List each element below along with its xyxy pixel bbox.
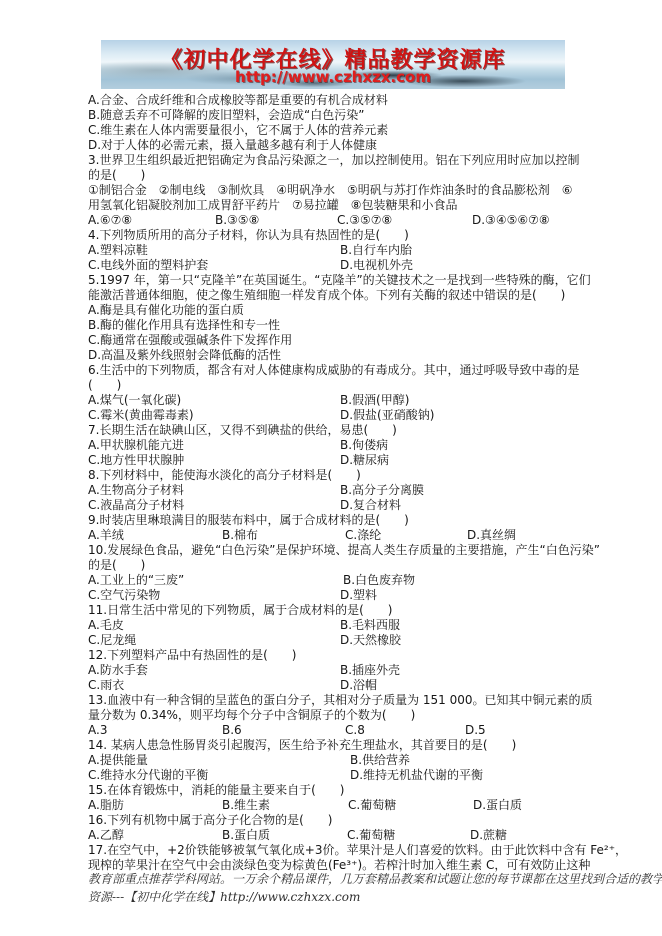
question-text: 的是( ) — [88, 168, 145, 183]
question-text: 8.下列材料中，能使海水淡化的高分子材料是( ) — [88, 468, 361, 483]
option-row: C.雨衣D.浴帽 — [0, 678, 662, 693]
option-text: B.高分子分离膜 — [340, 483, 424, 498]
option-row: A.3B.6C.8D.5 — [0, 723, 662, 738]
option-text: A.甲状腺机能亢进 — [88, 438, 184, 453]
text-line: 16.下列有机物中属于高分子化合物的是( ) — [0, 813, 662, 828]
option-text: B.毛料西服 — [340, 618, 400, 633]
text-line: 15.在体育锻炼中，消耗的能量主要来自于( ) — [0, 783, 662, 798]
option-text: D.假盐(亚硝酸钠) — [340, 408, 434, 423]
option-row: A.防水手套B.插座外壳 — [0, 663, 662, 678]
exam-document-page: 《初中化学在线》精品教学资源库 http://www.czhxzx.com A.… — [0, 0, 662, 936]
option-row: A.⑥⑦⑧B.③⑤⑧C.③⑤⑦⑧D.③④⑤⑥⑦⑧ — [0, 213, 662, 228]
question-text: B.随意丢弃不可降解的废旧塑料，会造成“白色污染” — [88, 108, 364, 123]
option-text: D.复合材料 — [340, 498, 401, 513]
text-line: 的是( ) — [0, 168, 662, 183]
question-text: 13.血液中有一种含铜的呈蓝色的蛋白分子，其相对分子质量为 151 000。已知… — [88, 693, 593, 708]
option-text: A.煤气(一氧化碳) — [88, 393, 181, 408]
option-text: B.③⑤⑧ — [215, 213, 259, 228]
question-text: 15.在体育锻炼中，消耗的能量主要来自于( ) — [88, 783, 344, 798]
option-text: A.脂肪 — [88, 798, 124, 813]
option-row: C.电线外面的塑料护套D.电视机外壳 — [0, 258, 662, 273]
option-text: B.6 — [222, 723, 242, 738]
footer-line: 资源---【初中化学在线】http://www.czhxzx.com — [88, 890, 628, 905]
text-line: C.维生素在人体内需要量很小，它不属于人体的营养元素 — [0, 123, 662, 138]
document-body: A.合金、合成纤维和合成橡胶等都是重要的有机合成材料B.随意丢弃不可降解的废旧塑… — [0, 0, 662, 936]
text-line: 5.1997 年，第一只“克隆羊”在英国诞生。“克隆羊”的关键技术之一是找到一些… — [0, 273, 662, 288]
question-text: A.酶是具有催化功能的蛋白质 — [88, 303, 244, 318]
option-text: C.电线外面的塑料护套 — [88, 258, 208, 273]
option-text: D.维持无机盐代谢的平衡 — [350, 768, 483, 783]
option-text: A.羊绒 — [88, 528, 124, 543]
text-line: 8.下列材料中，能使海水淡化的高分子材料是( ) — [0, 468, 662, 483]
option-text: C.涤纶 — [345, 528, 381, 543]
option-text: B.蛋白质 — [222, 828, 270, 843]
option-text: C.维持水分代谢的平衡 — [88, 768, 208, 783]
option-text: C.③⑤⑦⑧ — [337, 213, 392, 228]
option-row: C.尼龙绳D.天然橡胶 — [0, 633, 662, 648]
footer-line: 教育部重点推荐学科网站。一万余个精品课件，几万套精品教案和试题让您的每节课都在这… — [88, 872, 628, 887]
option-text: A.提供能量 — [88, 753, 148, 768]
option-text: C.尼龙绳 — [88, 633, 136, 648]
question-text: 7.长期生活在缺碘山区，又得不到碘盐的供给，易患( ) — [88, 423, 397, 438]
text-line: 的是( ) — [0, 558, 662, 573]
option-row: A.毛皮B.毛料西服 — [0, 618, 662, 633]
option-text: A.3 — [88, 723, 107, 738]
footer-text: 资源---【初中化学在线】 — [88, 890, 220, 904]
option-text: B.白色废弃物 — [343, 573, 415, 588]
option-row: C.维持水分代谢的平衡D.维持无机盐代谢的平衡 — [0, 768, 662, 783]
option-row: A.煤气(一氧化碳)B.假酒(甲醇) — [0, 393, 662, 408]
option-text: B.插座外壳 — [340, 663, 400, 678]
option-row: A.羊绒B.棉布C.涤纶D.真丝绸 — [0, 528, 662, 543]
footer-url[interactable]: http://www.czhxzx.com — [220, 890, 360, 904]
option-text: D.电视机外壳 — [340, 258, 413, 273]
option-row: A.塑料凉鞋B.自行车内胎 — [0, 243, 662, 258]
question-text: 5.1997 年，第一只“克隆羊”在英国诞生。“克隆羊”的关键技术之一是找到一些… — [88, 273, 591, 288]
option-text: C.霉米(黄曲霉毒素) — [88, 408, 194, 423]
question-text: 现榨的苹果汁在空气中会由淡绿色变为棕黄色(Fe³⁺)。若榨汁时加入维生素 C，可… — [88, 858, 590, 873]
question-text: C.维生素在人体内需要量很小，它不属于人体的营养元素 — [88, 123, 388, 138]
question-text: 17.在空气中，+2价铁能够被氧气氧化成+3价。苹果汁是人们喜爱的饮料。由于此饮… — [88, 843, 627, 858]
text-line: 17.在空气中，+2价铁能够被氧气氧化成+3价。苹果汁是人们喜爱的饮料。由于此饮… — [0, 843, 662, 858]
option-text: D.天然橡胶 — [340, 633, 401, 648]
option-text: C.空气污染物 — [88, 588, 160, 603]
option-text: D.真丝绸 — [467, 528, 516, 543]
text-line: ①制铝合金 ②制电线 ③制炊具 ④明矾净水 ⑤明矾与苏打作炸油条时的食品膨松剂 … — [0, 183, 662, 198]
question-text: 14. 某病人患急性肠胃炎引起腹泻，医生给予补充生理盐水，其首要目的是( ) — [88, 738, 516, 753]
text-line: 9.时装店里琳琅满目的服装布料中，属于合成材料的是( ) — [0, 513, 662, 528]
option-text: C.雨衣 — [88, 678, 124, 693]
option-text: B.自行车内胎 — [340, 243, 412, 258]
option-text: A.乙醇 — [88, 828, 124, 843]
option-text: B.维生素 — [222, 798, 270, 813]
question-text: 4.下列物质所用的高分子材料，你认为具有热固性的是( ) — [88, 228, 409, 243]
text-line: 11.日常生活中常见的下列物质，属于合成材料的是( ) — [0, 603, 662, 618]
question-text: C.酶通常在强酸或强碱条件下发挥作用 — [88, 333, 292, 348]
option-row: C.霉米(黄曲霉毒素)D.假盐(亚硝酸钠) — [0, 408, 662, 423]
option-text: A.⑥⑦⑧ — [88, 213, 132, 228]
option-row: A.甲状腺机能亢进B.佝偻病 — [0, 438, 662, 453]
option-text: B.供给营养 — [350, 753, 410, 768]
question-text: 10.发展绿色食品，避免“白色污染”是保护环境、提高人类生存质量的主要措施，产生… — [88, 543, 600, 558]
option-text: C.8 — [345, 723, 365, 738]
option-row: C.地方性甲状腺肿D.糖尿病 — [0, 453, 662, 468]
text-line: 能激活普通体细胞，使之像生殖细胞一样发育成个体。下列有关酶的叙述中错误的是( ) — [0, 288, 662, 303]
question-text: B.酶的催化作用具有选择性和专一性 — [88, 318, 280, 333]
text-line: ( ) — [0, 378, 662, 393]
option-text: B.棉布 — [222, 528, 258, 543]
question-text: 的是( ) — [88, 558, 145, 573]
question-text: D.对于人体的必需元素，摄入量越多越有利于人体健康 — [88, 138, 377, 153]
question-text: 6.生活中的下列物质，都含有对人体健康构成威胁的有毒成分。其中，通过呼吸导致中毒… — [88, 363, 579, 378]
text-line: 现榨的苹果汁在空气中会由淡绿色变为棕黄色(Fe³⁺)。若榨汁时加入维生素 C，可… — [0, 858, 662, 873]
question-text: 16.下列有机物中属于高分子化合物的是( ) — [88, 813, 332, 828]
question-text: 量分数为 0.34%，则平均每个分子中含铜原子的个数为( ) — [88, 708, 415, 723]
option-text: D.塑料 — [340, 588, 377, 603]
question-text: 3.世界卫生组织最近把铝确定为食品污染源之一，加以控制使用。铝在下列应用时应加以… — [88, 153, 579, 168]
option-text: A.工业上的“三废” — [88, 573, 184, 588]
option-row: A.生物高分子材料B.高分子分离膜 — [0, 483, 662, 498]
option-row: A.乙醇B.蛋白质C.葡萄糖D.蔗糖 — [0, 828, 662, 843]
text-line: 10.发展绿色食品，避免“白色污染”是保护环境、提高人类生存质量的主要措施，产生… — [0, 543, 662, 558]
option-text: A.防水手套 — [88, 663, 148, 678]
text-line: 14. 某病人患急性肠胃炎引起腹泻，医生给予补充生理盐水，其首要目的是( ) — [0, 738, 662, 753]
option-text: D.蔗糖 — [470, 828, 507, 843]
option-row: C.空气污染物D.塑料 — [0, 588, 662, 603]
question-text: 11.日常生活中常见的下列物质，属于合成材料的是( ) — [88, 603, 392, 618]
text-line: 6.生活中的下列物质，都含有对人体健康构成威胁的有毒成分。其中，通过呼吸导致中毒… — [0, 363, 662, 378]
option-row: A.脂肪B.维生素C.葡萄糖D.蛋白质 — [0, 798, 662, 813]
text-line: B.酶的催化作用具有选择性和专一性 — [0, 318, 662, 333]
option-text: B.佝偻病 — [340, 438, 388, 453]
text-line: D.高温及紫外线照射会降低酶的活性 — [0, 348, 662, 363]
option-text: D.5 — [465, 723, 486, 738]
text-line: 4.下列物质所用的高分子材料，你认为具有热固性的是( ) — [0, 228, 662, 243]
option-text: D.糖尿病 — [340, 453, 389, 468]
question-text: 12.下列塑料产品中有热固性的是( ) — [88, 648, 296, 663]
text-line: A.酶是具有催化功能的蛋白质 — [0, 303, 662, 318]
text-line: A.合金、合成纤维和合成橡胶等都是重要的有机合成材料 — [0, 93, 662, 108]
question-text: ①制铝合金 ②制电线 ③制炊具 ④明矾净水 ⑤明矾与苏打作炸油条时的食品膨松剂 … — [88, 183, 573, 198]
option-text: D.浴帽 — [340, 678, 377, 693]
text-line: 用氢氧化铝凝胶剂加工成胃舒平药片 ⑦易拉罐 ⑧包装糖果和小食品 — [0, 198, 662, 213]
option-text: A.塑料凉鞋 — [88, 243, 148, 258]
text-line: 3.世界卫生组织最近把铝确定为食品污染源之一，加以控制使用。铝在下列应用时应加以… — [0, 153, 662, 168]
option-text: A.毛皮 — [88, 618, 124, 633]
text-line: D.对于人体的必需元素，摄入量越多越有利于人体健康 — [0, 138, 662, 153]
text-line: 12.下列塑料产品中有热固性的是( ) — [0, 648, 662, 663]
option-text: C.地方性甲状腺肿 — [88, 453, 184, 468]
question-text: A.合金、合成纤维和合成橡胶等都是重要的有机合成材料 — [88, 93, 388, 108]
text-line: 7.长期生活在缺碘山区，又得不到碘盐的供给，易患( ) — [0, 423, 662, 438]
option-text: D.③④⑤⑥⑦⑧ — [472, 213, 550, 228]
option-text: B.假酒(甲醇) — [340, 393, 409, 408]
text-line: 量分数为 0.34%，则平均每个分子中含铜原子的个数为( ) — [0, 708, 662, 723]
question-text: 用氢氧化铝凝胶剂加工成胃舒平药片 ⑦易拉罐 ⑧包装糖果和小食品 — [88, 198, 458, 213]
question-text: 9.时装店里琳琅满目的服装布料中，属于合成材料的是( ) — [88, 513, 409, 528]
option-text: A.生物高分子材料 — [88, 483, 184, 498]
text-line: C.酶通常在强酸或强碱条件下发挥作用 — [0, 333, 662, 348]
option-text: C.葡萄糖 — [347, 828, 395, 843]
question-text: D.高温及紫外线照射会降低酶的活性 — [88, 348, 281, 363]
text-line: B.随意丢弃不可降解的废旧塑料，会造成“白色污染” — [0, 108, 662, 123]
option-text: C.液晶高分子材料 — [88, 498, 184, 513]
question-text: 能激活普通体细胞，使之像生殖细胞一样发育成个体。下列有关酶的叙述中错误的是( ) — [88, 288, 565, 303]
option-row: A.工业上的“三废”B.白色废弃物 — [0, 573, 662, 588]
option-text: C.葡萄糖 — [348, 798, 396, 813]
option-text: D.蛋白质 — [473, 798, 522, 813]
footer-text: 教育部重点推荐学科网站。一万余个精品课件，几万套精品教案和试题让您的每节课都在这… — [88, 872, 662, 886]
text-line: 13.血液中有一种含铜的呈蓝色的蛋白分子，其相对分子质量为 151 000。已知… — [0, 693, 662, 708]
option-row: C.液晶高分子材料D.复合材料 — [0, 498, 662, 513]
option-row: A.提供能量B.供给营养 — [0, 753, 662, 768]
question-text: ( ) — [88, 378, 121, 393]
